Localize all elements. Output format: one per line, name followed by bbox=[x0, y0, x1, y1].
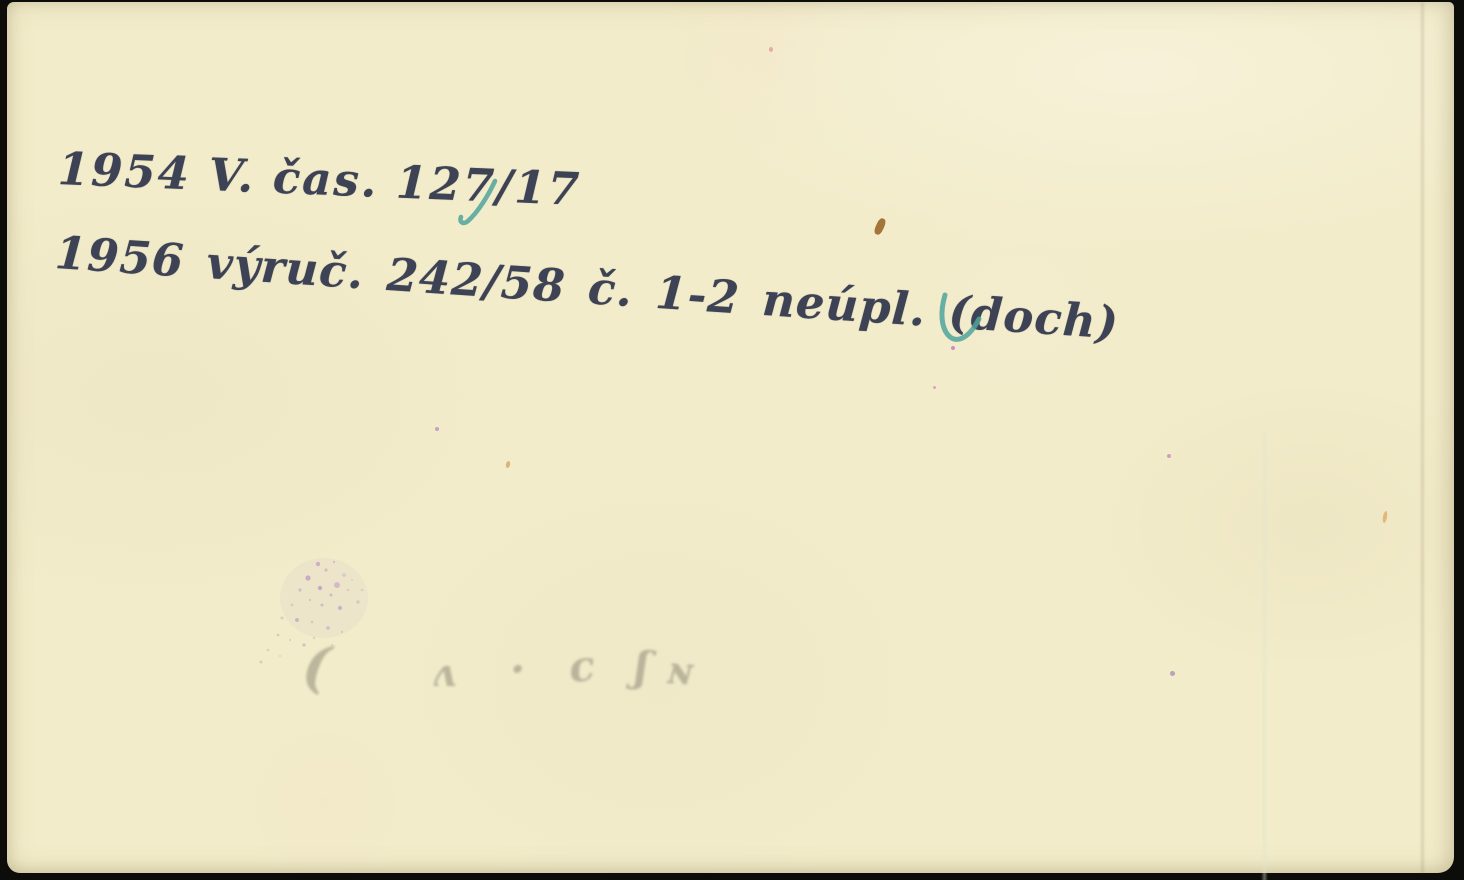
checkmark-icon bbox=[453, 174, 505, 230]
index-card: 1954 V. čas. 127/17 1956 výruč. 242/58 č… bbox=[7, 2, 1454, 873]
ghost-mark: ʌ bbox=[433, 650, 455, 695]
ghost-mark: ʃ bbox=[632, 641, 651, 691]
paper-speck bbox=[933, 386, 936, 389]
checkmark-icon bbox=[932, 288, 994, 352]
paper-speck bbox=[505, 461, 511, 469]
ink-spray-stain bbox=[252, 550, 412, 680]
ghost-mark: ɴ bbox=[665, 647, 695, 694]
paper-speck bbox=[1170, 671, 1175, 676]
ghost-mark: · bbox=[510, 644, 525, 695]
scanned-document: 1954 V. čas. 127/17 1956 výruč. 242/58 č… bbox=[0, 0, 1464, 880]
paper-speck bbox=[435, 427, 439, 431]
ghost-mark: c bbox=[567, 641, 598, 692]
paper-streak bbox=[1263, 432, 1266, 880]
paper-speck bbox=[1382, 511, 1388, 524]
paper-speck bbox=[1167, 454, 1171, 458]
paper-speck bbox=[769, 47, 773, 52]
paper-speck bbox=[951, 346, 955, 350]
paper-crease bbox=[1421, 2, 1424, 873]
paper-speck bbox=[873, 217, 887, 236]
